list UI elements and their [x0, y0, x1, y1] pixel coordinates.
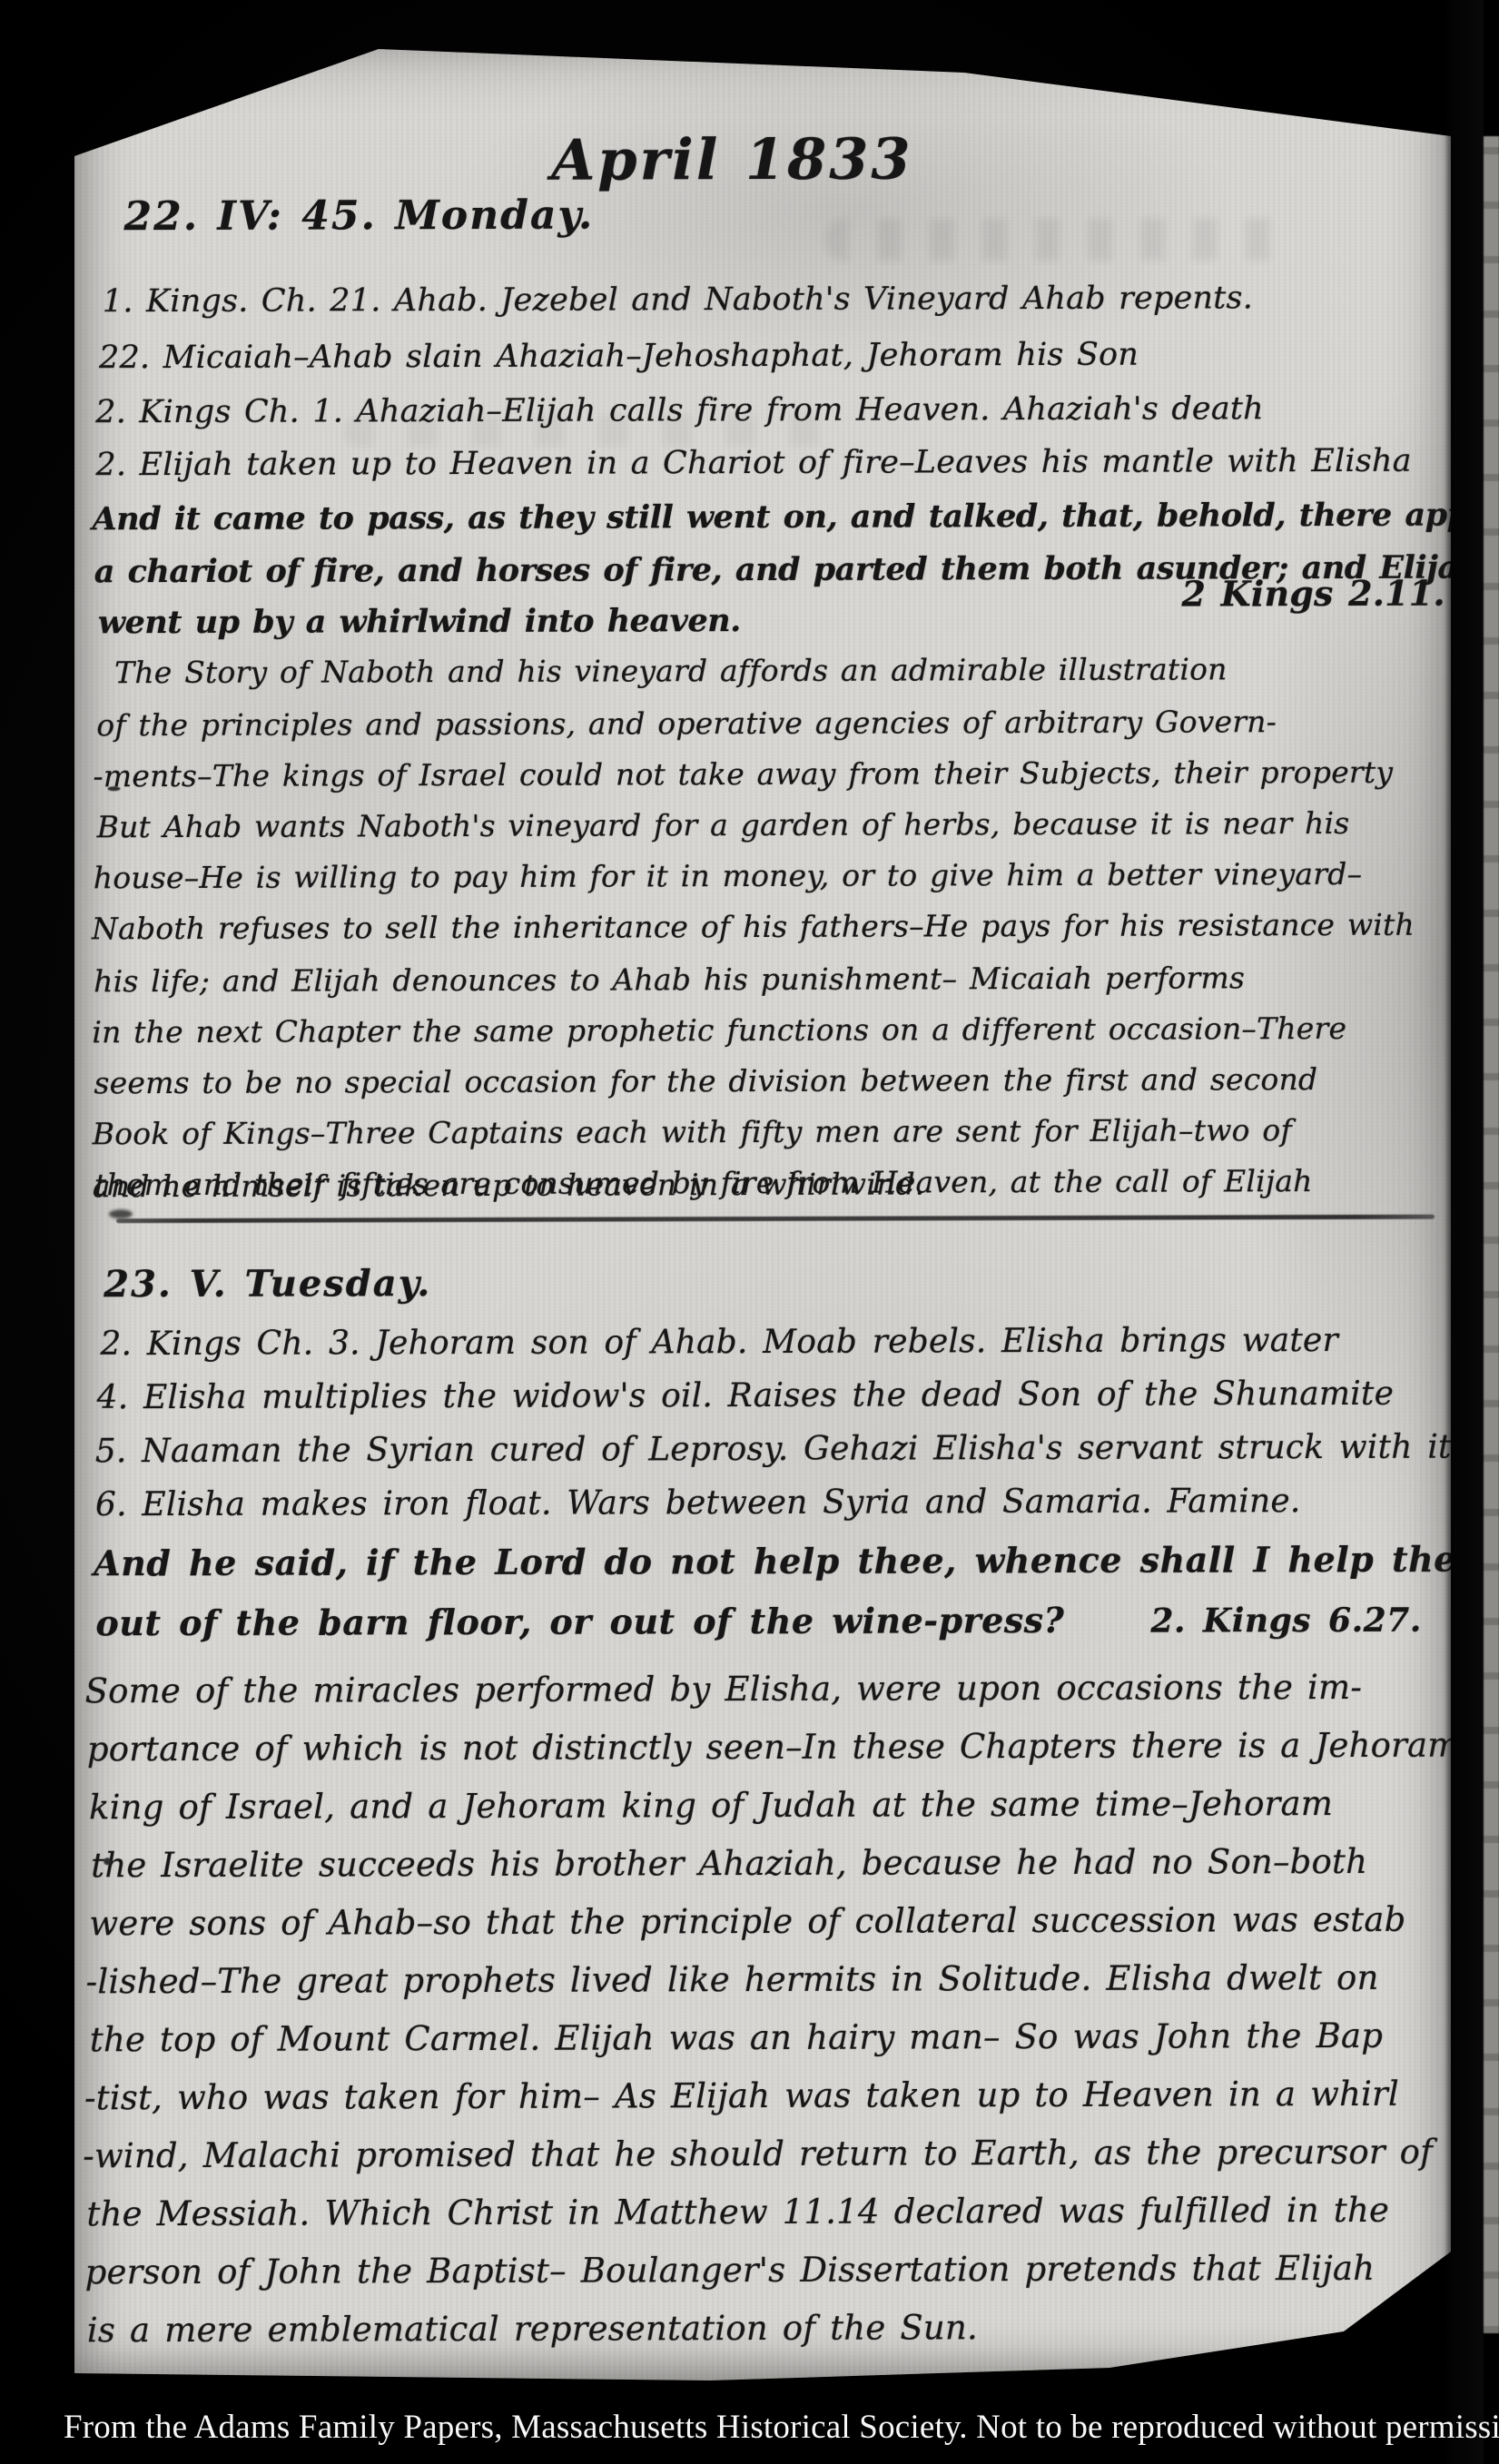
- commentary-line: in the next Chapter the same prophetic f…: [92, 1011, 1346, 1050]
- manuscript-page: April 1833 22. IV: 45. Monday. 1. Kings.…: [74, 47, 1451, 2390]
- commentary-line: -ments–The kings of Israel could not tak…: [93, 755, 1393, 793]
- commentary-line: person of John the Baptist– Boulanger's …: [85, 2250, 1376, 2292]
- commentary-line: Book of Kings–Three Captains each with f…: [93, 1113, 1292, 1151]
- bleedthrough-smudge: [825, 218, 1297, 261]
- entry-date-heading: 23. V. Tuesday.: [104, 1263, 431, 1306]
- margin-ink-mark: [104, 1858, 111, 1865]
- commentary-line: Some of the miracles performed by Elisha…: [85, 1669, 1363, 1711]
- commentary-line: king of Israel, and a Jehoram king of Ju…: [89, 1785, 1333, 1828]
- commentary-line: seems to be no special occasion for the …: [94, 1062, 1317, 1100]
- manuscript-line: 2. Kings Ch. 1. Ahaziah–Elijah calls fir…: [95, 390, 1264, 430]
- commentary-line: his life; and Elijah denounces to Ahab h…: [94, 961, 1245, 999]
- commentary-line: is a mere emblematical representation of…: [87, 2309, 978, 2351]
- commentary-line: the Messiah. Which Christ in Matthew 11.…: [86, 2192, 1389, 2234]
- margin-ink-mark: [108, 786, 121, 791]
- section-divider-rule: [116, 1215, 1435, 1224]
- archive-caption: From the Adams Family Papers, Massachuse…: [64, 2408, 1480, 2447]
- commentary-line: Naboth refuses to sell the inheritance o…: [92, 908, 1415, 947]
- commentary-line: -wind, Malachi promised that he should r…: [83, 2134, 1433, 2176]
- divider-ink-blob: [109, 1209, 133, 1218]
- book-gutter-shadow: [1444, 0, 1484, 2464]
- commentary-line: -tist, who was taken for him– As Elijah …: [84, 2075, 1399, 2118]
- commentary-line: of the principles and passions, and oper…: [96, 705, 1277, 743]
- entry-date-heading: 22. IV: 45. Monday.: [123, 193, 594, 241]
- commentary-line: were sons of Ahab–so that the principle …: [89, 1901, 1405, 1944]
- commentary-line: the Israelite succeeds his brother Ahazi…: [91, 1843, 1367, 1886]
- page-title: April 1833: [74, 125, 1393, 194]
- facing-page-edge: [1484, 136, 1499, 2333]
- manuscript-line: 22. Micaiah–Ahab slain Ahaziah–Jehoshaph…: [99, 337, 1139, 377]
- commentary-line: -lished–The great prophets lived like he…: [86, 1959, 1379, 2002]
- scripture-citation: 2 Kings 2.11.: [74, 573, 1451, 617]
- manuscript-line: 1. Kings. Ch. 21. Ahab. Jezebel and Nabo…: [103, 280, 1253, 320]
- manuscript-content: April 1833 22. IV: 45. Monday. 1. Kings.…: [74, 47, 1451, 2390]
- commentary-line: house–He is willing to pay him for it in…: [94, 857, 1363, 895]
- commentary-line: But Ahab wants Naboth's vineyard for a g…: [97, 806, 1350, 844]
- manuscript-line: 6. Elisha makes iron float. Wars between…: [95, 1483, 1301, 1524]
- scanned-manuscript-view: April 1833 22. IV: 45. Monday. 1. Kings.…: [0, 0, 1499, 2464]
- scripture-citation: 2. Kings 6.27.: [1150, 1602, 1422, 1641]
- manuscript-line: 2. Elijah taken up to Heaven in a Chario…: [95, 443, 1411, 484]
- bible-quote-line: And it came to pass, as they still went …: [93, 497, 1451, 537]
- manuscript-line: 4. Elisha multiplies the widow's oil. Ra…: [97, 1375, 1395, 1417]
- commentary-line: and he himself is taken up to heaven in …: [93, 1167, 925, 1204]
- bible-quote-line: out of the barn floor, or out of the win…: [95, 1600, 1422, 1644]
- manuscript-line: 2. Kings Ch. 3. Jehoram son of Ahab. Moa…: [100, 1322, 1338, 1364]
- manuscript-line: 5. Naaman the Syrian cured of Leprosy. G…: [95, 1429, 1451, 1471]
- bible-quote-line: And he said, if the Lord do not help the…: [94, 1539, 1451, 1583]
- commentary-line: the top of Mount Carmel. Elijah was an h…: [90, 2017, 1383, 2060]
- commentary-line: The Story of Naboth and his vineyard aff…: [114, 652, 1228, 690]
- commentary-line: portance of which is not distinctly seen…: [87, 1727, 1451, 1769]
- bible-quote-text: out of the barn floor, or out of the win…: [95, 1601, 1064, 1643]
